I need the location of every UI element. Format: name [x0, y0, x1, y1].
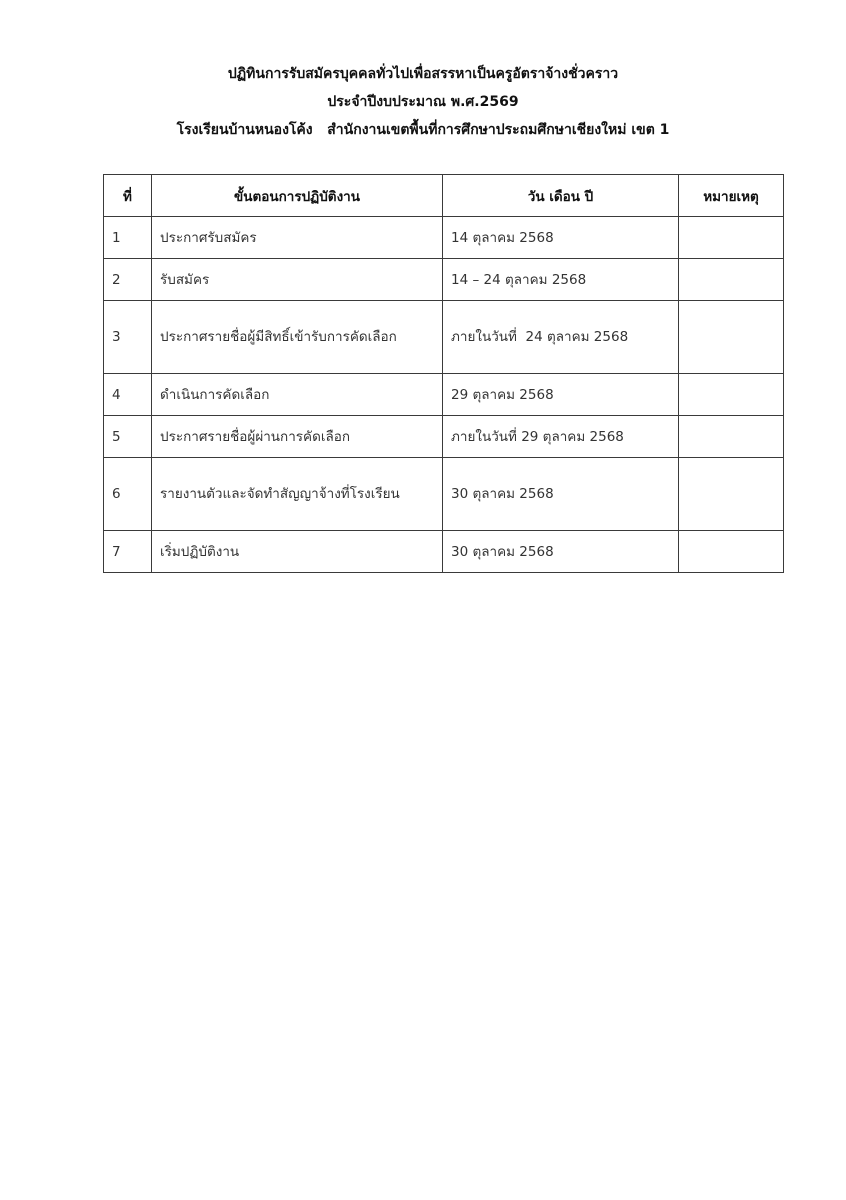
row-note [679, 374, 784, 416]
row-no: 3 [104, 301, 152, 374]
row-note [679, 416, 784, 458]
row-no: 2 [104, 259, 152, 301]
header-date: วัน เดือน ปี [443, 175, 679, 217]
row-date: 30 ตุลาคม 2568 [443, 458, 679, 531]
table-row: 3 ประกาศรายชื่อผู้มีสิทธิ์เข้ารับการคัดเ… [104, 301, 784, 374]
row-note [679, 301, 784, 374]
table-row: 6 รายงานตัวและจัดทำสัญญาจ้างที่โรงเรียน … [104, 458, 784, 531]
row-note [679, 531, 784, 573]
row-no: 4 [104, 374, 152, 416]
row-step: ดำเนินการคัดเลือก [152, 374, 443, 416]
row-date: ภายในวันที่ 29 ตุลาคม 2568 [443, 416, 679, 458]
row-step: รายงานตัวและจัดทำสัญญาจ้างที่โรงเรียน [152, 458, 443, 531]
table-row: 5 ประกาศรายชื่อผู้ผ่านการคัดเลือก ภายในว… [104, 416, 784, 458]
table-row: 7 เริ่มปฏิบัติงาน 30 ตุลาคม 2568 [104, 531, 784, 573]
row-no: 7 [104, 531, 152, 573]
table-header-row: ที่ ขั้นตอนการปฏิบัติงาน วัน เดือน ปี หม… [104, 175, 784, 217]
row-date: 30 ตุลาคม 2568 [443, 531, 679, 573]
table-row: 1 ประกาศรับสมัคร 14 ตุลาคม 2568 [104, 217, 784, 259]
row-note [679, 259, 784, 301]
row-step: ประกาศรายชื่อผู้ผ่านการคัดเลือก [152, 416, 443, 458]
row-date: 14 ตุลาคม 2568 [443, 217, 679, 259]
row-step: ประกาศรับสมัคร [152, 217, 443, 259]
document-header: ปฏิทินการรับสมัครบุคคลทั่วไปเพื่อสรรหาเป… [0, 60, 846, 144]
table-row: 4 ดำเนินการคัดเลือก 29 ตุลาคม 2568 [104, 374, 784, 416]
school-office-line: โรงเรียนบ้านหนองโค้ง สำนักงานเขตพื้นที่ก… [0, 116, 846, 144]
row-step: ประกาศรายชื่อผู้มีสิทธิ์เข้ารับการคัดเลื… [152, 301, 443, 374]
row-no: 6 [104, 458, 152, 531]
header-step: ขั้นตอนการปฏิบัติงาน [152, 175, 443, 217]
row-note [679, 458, 784, 531]
row-date: ภายในวันที่ 24 ตุลาคม 2568 [443, 301, 679, 374]
row-note [679, 217, 784, 259]
fiscal-year-line: ประจำปีงบประมาณ พ.ศ.2569 [0, 88, 846, 116]
header-note: หมายเหตุ [679, 175, 784, 217]
row-step: รับสมัคร [152, 259, 443, 301]
document-title: ปฏิทินการรับสมัครบุคคลทั่วไปเพื่อสรรหาเป… [0, 60, 846, 88]
schedule-table: ที่ ขั้นตอนการปฏิบัติงาน วัน เดือน ปี หม… [103, 174, 784, 573]
row-no: 1 [104, 217, 152, 259]
row-date: 29 ตุลาคม 2568 [443, 374, 679, 416]
row-step: เริ่มปฏิบัติงาน [152, 531, 443, 573]
table-row: 2 รับสมัคร 14 – 24 ตุลาคม 2568 [104, 259, 784, 301]
header-no: ที่ [104, 175, 152, 217]
row-date: 14 – 24 ตุลาคม 2568 [443, 259, 679, 301]
row-no: 5 [104, 416, 152, 458]
